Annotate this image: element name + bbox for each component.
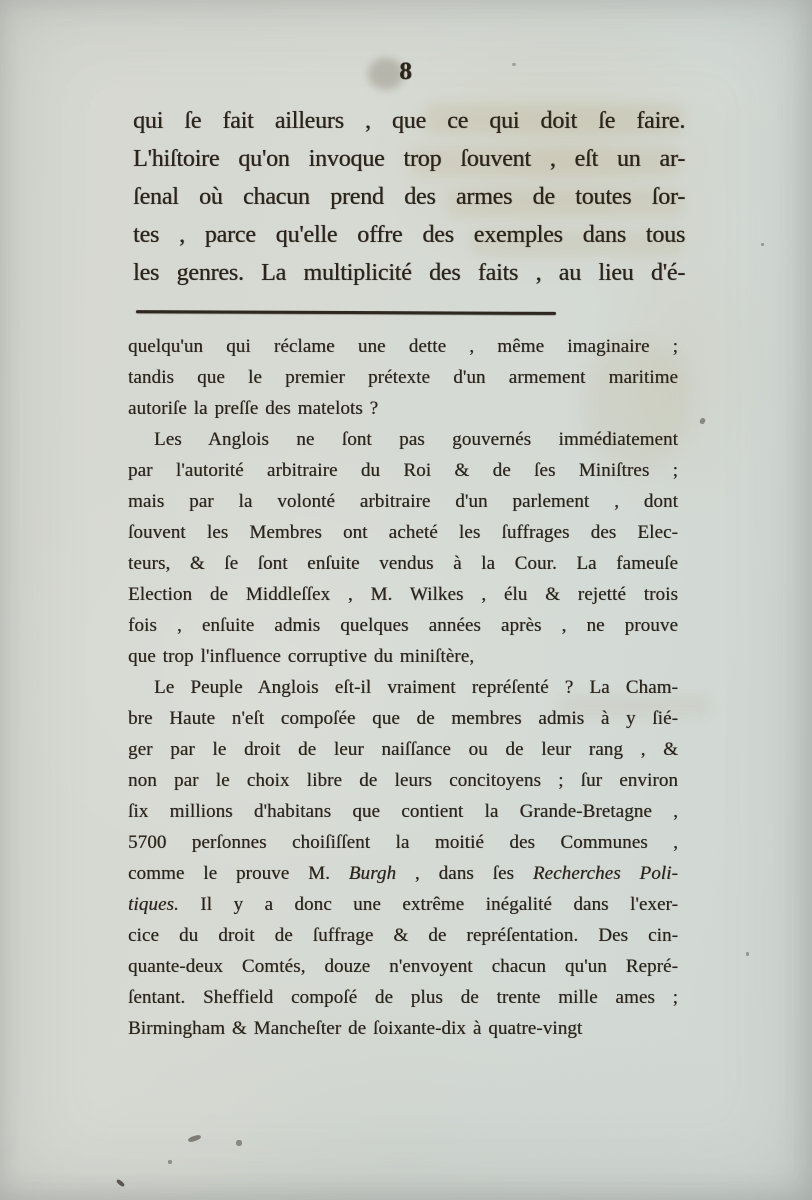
text-segment: , dans ſes <box>396 863 533 884</box>
italic-text: Burgh <box>349 863 396 884</box>
text-line: tandis que le premier prétexte d'un arme… <box>128 362 678 393</box>
text-segment: comme le prouve M. <box>128 863 349 884</box>
text-segment: autoriſe la preſſe des matelots ? <box>128 398 378 419</box>
text-line: quelqu'un qui réclame une dette , même i… <box>128 331 678 362</box>
ink-speck <box>168 1160 172 1164</box>
text-line: comme le prouve M. Burgh , dans ſes Rech… <box>128 858 678 889</box>
text-line: ſentant. Sheffield compoſé de plus de tr… <box>128 982 678 1013</box>
text-segment: Il y a donc une extrême inégalité dans l… <box>179 894 678 915</box>
ink-speck <box>188 1134 202 1143</box>
text-segment: non par le choix libre de leurs concitoy… <box>128 770 678 791</box>
text-line: ger par le droit de leur naiſſance ou de… <box>128 734 678 765</box>
text-line: L'hiſtoire qu'on invoque trop ſouvent , … <box>133 140 685 178</box>
text-segment: L'hiſtoire qu'on invoque trop ſouvent , … <box>133 146 685 172</box>
text-line: bre Haute n'eſt compoſée que de membres … <box>128 703 678 734</box>
text-segment: qui ſe fait ailleurs , que ce qui doit ſ… <box>133 108 685 134</box>
ink-speck <box>236 1140 242 1146</box>
text-segment: ſenal où chacun prend des armes de toute… <box>133 184 685 210</box>
text-line: non par le choix libre de leurs concitoy… <box>128 765 678 796</box>
text-segment: 5700 perſonnes choiſiſſent la moitié des… <box>128 832 678 853</box>
text-line: cice du droit de ſuffrage & de repréſent… <box>128 920 678 951</box>
text-line: Birmingham & Mancheſter de ſoixante-dix … <box>128 1013 678 1044</box>
text-segment: Birmingham & Mancheſter de ſoixante-dix … <box>128 1018 582 1039</box>
text-segment: ſentant. Sheffield compoſé de plus de tr… <box>128 987 678 1008</box>
text-line: tiques. Il y a donc une extrême inégalit… <box>128 889 678 920</box>
text-segment: fois , enſuite admis quelques années apr… <box>128 615 678 636</box>
text-line: autoriſe la preſſe des matelots ? <box>128 393 678 424</box>
text-segment: Le Peuple Anglois eſt-il vraiment repréſ… <box>154 677 678 698</box>
text-segment: tandis que le premier prétexte d'un arme… <box>128 367 678 388</box>
ink-speck <box>761 243 764 246</box>
text-line: 5700 perſonnes choiſiſſent la moitié des… <box>128 827 678 858</box>
text-segment: cice du droit de ſuffrage & de repréſent… <box>128 925 678 946</box>
text-line: teurs, & ſe ſont enſuite vendus à la Cou… <box>128 548 678 579</box>
text-segment: Les Anglois ne ſont pas gouvernés immédi… <box>154 429 678 450</box>
text-segment: quante-deux Comtés, douze n'envoyent cha… <box>128 956 678 977</box>
text-segment: Election de Middleſſex , M. Wilkes , élu… <box>128 584 678 605</box>
italic-text: tiques. <box>128 894 179 915</box>
text-line: que trop l'influence corruptive du miniſ… <box>128 641 678 672</box>
text-segment: tes , parce qu'elle offre des exemples d… <box>133 222 685 248</box>
text-line: ſix millions d'habitans que contient la … <box>128 796 678 827</box>
ink-speck <box>746 952 749 956</box>
main-text-block: qui ſe fait ailleurs , que ce qui doit ſ… <box>133 102 685 292</box>
text-segment: mais par la volonté arbitraire d'un parl… <box>128 491 678 512</box>
text-segment: les genres. La multiplicité des faits , … <box>133 260 685 286</box>
text-line: Le Peuple Anglois eſt-il vraiment repréſ… <box>128 672 678 703</box>
book-page-scan: 8 qui ſe fait ailleurs , que ce qui doit… <box>0 0 812 1200</box>
text-line: fois , enſuite admis quelques années apr… <box>128 610 678 641</box>
text-line: mais par la volonté arbitraire d'un parl… <box>128 486 678 517</box>
text-segment: bre Haute n'eſt compoſée que de membres … <box>128 708 678 729</box>
text-line: quante-deux Comtés, douze n'envoyent cha… <box>128 951 678 982</box>
text-segment: ſix millions d'habitans que contient la … <box>128 801 678 822</box>
text-segment: teurs, & ſe ſont enſuite vendus à la Cou… <box>128 553 678 574</box>
text-line: les genres. La multiplicité des faits , … <box>133 254 685 292</box>
text-line: tes , parce qu'elle offre des exemples d… <box>133 216 685 254</box>
text-segment: quelqu'un qui réclame une dette , même i… <box>128 336 678 357</box>
text-line: ſenal où chacun prend des armes de toute… <box>133 178 685 216</box>
ink-speck <box>699 417 706 425</box>
text-line: ſouvent les Membres ont acheté les ſuffr… <box>128 517 678 548</box>
text-segment: par l'autorité arbitraire du Roi & de ſe… <box>128 460 678 481</box>
text-line: qui ſe fait ailleurs , que ce qui doit ſ… <box>133 102 685 140</box>
page-number: 8 <box>0 58 812 86</box>
text-line: Election de Middleſſex , M. Wilkes , élu… <box>128 579 678 610</box>
italic-text: Recherches Poli- <box>533 863 678 884</box>
ink-speck <box>116 1179 125 1188</box>
text-segment: ger par le droit de leur naiſſance ou de… <box>128 739 678 760</box>
text-line: Les Anglois ne ſont pas gouvernés immédi… <box>128 424 678 455</box>
text-segment: que trop l'influence corruptive du miniſ… <box>128 646 474 667</box>
text-line: par l'autorité arbitraire du Roi & de ſe… <box>128 455 678 486</box>
footnote-divider-rule <box>136 310 556 315</box>
text-segment: ſouvent les Membres ont acheté les ſuffr… <box>128 522 678 543</box>
footnote-block: quelqu'un qui réclame une dette , même i… <box>128 331 678 1044</box>
